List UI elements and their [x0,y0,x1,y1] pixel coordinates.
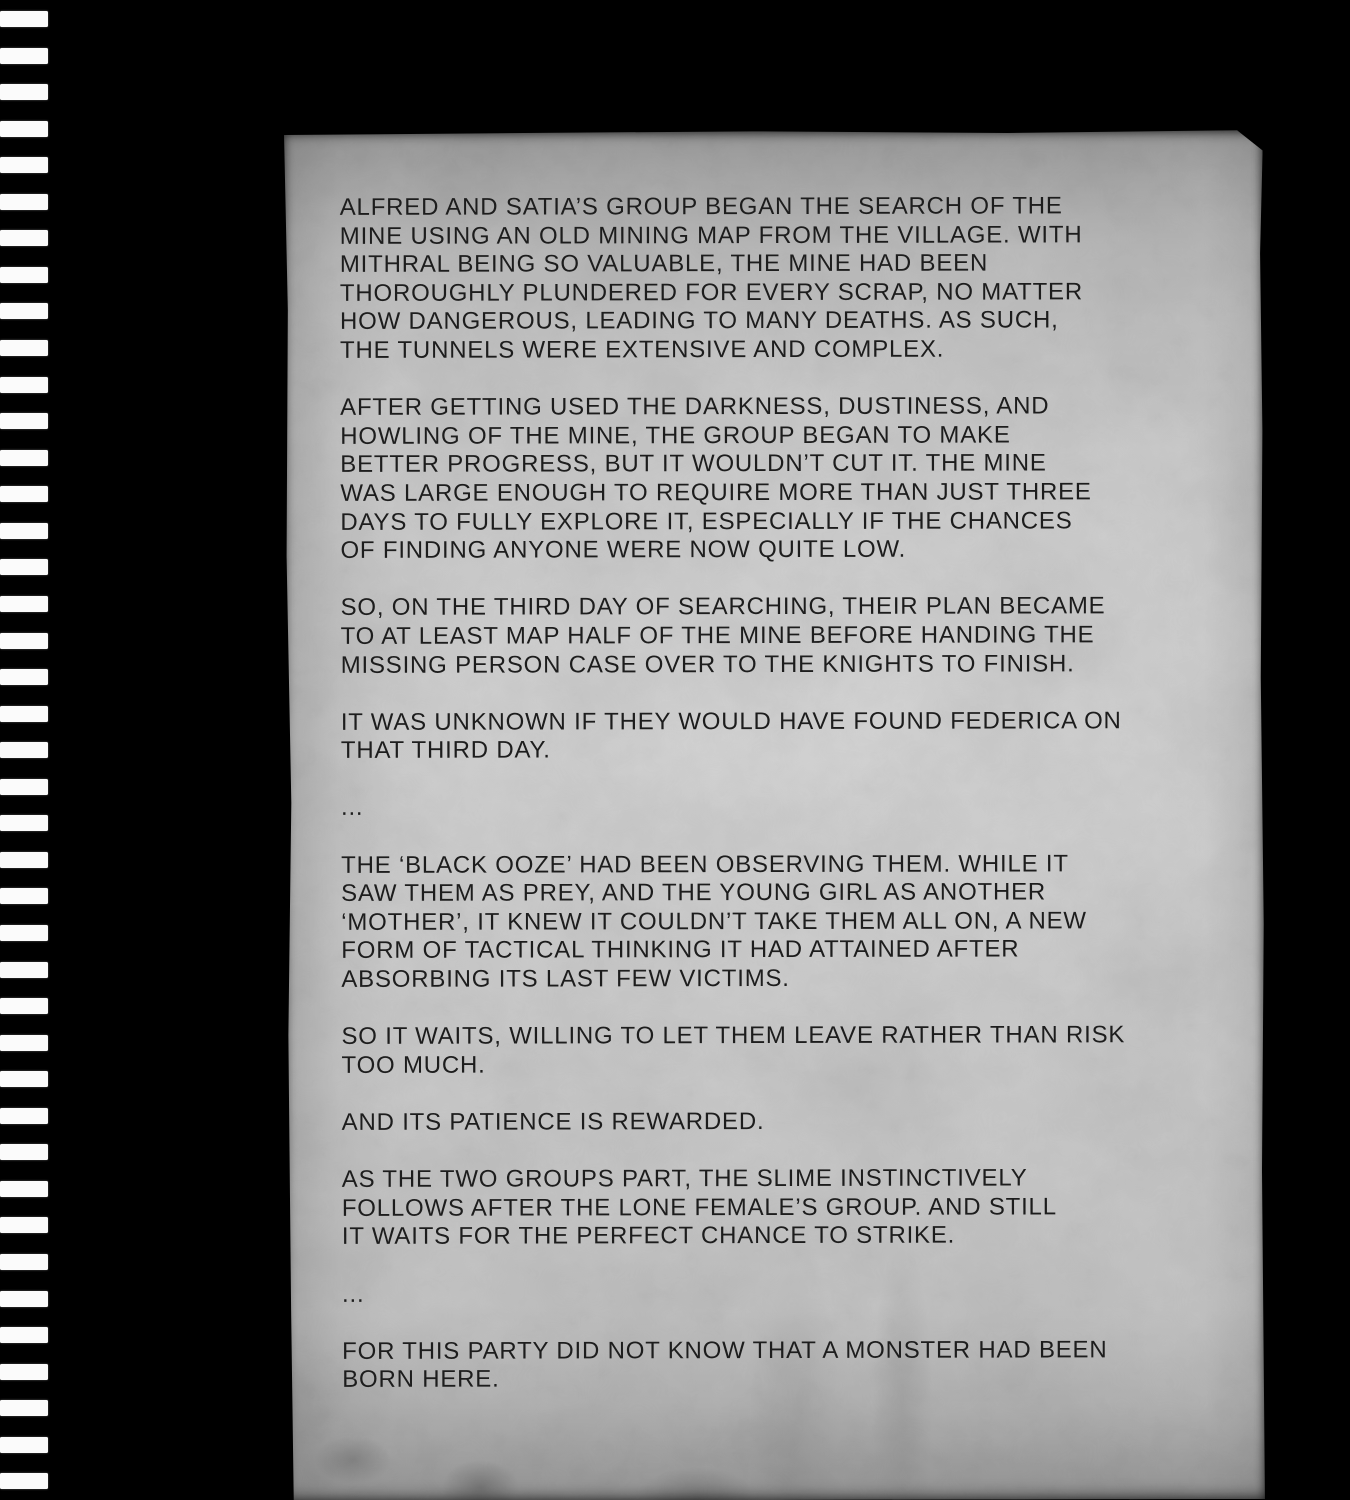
film-sprocket-hole [0,1291,48,1307]
film-sprocket-hole [0,1071,48,1087]
parchment-page: ALFRED AND SATIA’S GROUP BEGAN THE SEARC… [282,130,1266,1500]
film-sprocket-hole [0,1181,48,1197]
ellipsis-separator: ... [342,1279,1235,1309]
film-sprocket-hole [0,596,48,612]
film-sprocket-hole [0,450,48,466]
film-sprocket-hole [0,157,48,173]
film-sprocket-hole [0,413,48,429]
film-sprocket-hole [0,1035,48,1051]
narration-text: ALFRED AND SATIA’S GROUP BEGAN THE SEARC… [340,192,1236,1423]
film-sprocket-hole [0,1144,48,1160]
film-sprocket-hole [0,742,48,758]
film-sprocket-hole [0,486,48,502]
film-sprocket-hole [0,121,48,137]
film-sprocket-hole [0,779,48,795]
film-sprocket-hole [0,1473,48,1489]
film-sprocket-hole [0,340,48,356]
film-sprocket-hole [0,633,48,649]
film-sprocket-hole [0,1108,48,1124]
film-sprocket-hole [0,523,48,539]
narration-paragraph: AS THE TWO GROUPS PART, THE SLIME INSTIN… [342,1164,1235,1252]
film-sprocket-hole [0,303,48,319]
film-sprocket-hole [0,194,48,210]
narration-paragraph: FOR THIS PARTY DID NOT KNOW THAT A MONST… [342,1336,1235,1395]
film-sprocket-hole [0,230,48,246]
film-sprocket-hole [0,1400,48,1416]
narration-paragraph: IT WAS UNKNOWN IF THEY WOULD HAVE FOUND … [341,707,1234,766]
film-sprocket-hole [0,962,48,978]
narration-paragraph: SO IT WAITS, WILLING TO LET THEM LEAVE R… [341,1021,1234,1080]
film-sprocket-hole [0,559,48,575]
film-sprocket-hole [0,267,48,283]
film-sprocket-hole [0,1217,48,1233]
ellipsis-separator: ... [341,793,1234,823]
narration-paragraph: THE ‘BLACK OOZE’ HAD BEEN OBSERVING THEM… [341,850,1234,995]
film-sprocket-hole [0,815,48,831]
film-sprocket-hole [0,1327,48,1343]
film-sprocket-hole [0,377,48,393]
narration-paragraph: AFTER GETTING USED THE DARKNESS, DUSTINE… [340,392,1233,565]
film-sprocket-hole [0,1364,48,1380]
narration-paragraph: SO, ON THE THIRD DAY OF SEARCHING, THEIR… [341,592,1234,680]
narration-paragraph: ALFRED AND SATIA’S GROUP BEGAN THE SEARC… [340,192,1233,365]
film-sprocket-hole [0,48,48,64]
narration-paragraph: AND ITS PATIENCE IS REWARDED. [342,1107,1235,1137]
film-sprocket-hole [0,852,48,868]
page-background: ALFRED AND SATIA’S GROUP BEGAN THE SEARC… [0,0,1350,1500]
film-sprocket-hole [0,998,48,1014]
film-sprocket-hole [0,1254,48,1270]
film-sprocket-hole [0,669,48,685]
film-sprocket-hole [0,706,48,722]
film-sprocket-hole [0,84,48,100]
filmstrip-binding [0,0,60,1500]
film-sprocket-hole [0,1437,48,1453]
film-sprocket-hole [0,925,48,941]
film-sprocket-hole [0,11,48,27]
film-sprocket-hole [0,888,48,904]
